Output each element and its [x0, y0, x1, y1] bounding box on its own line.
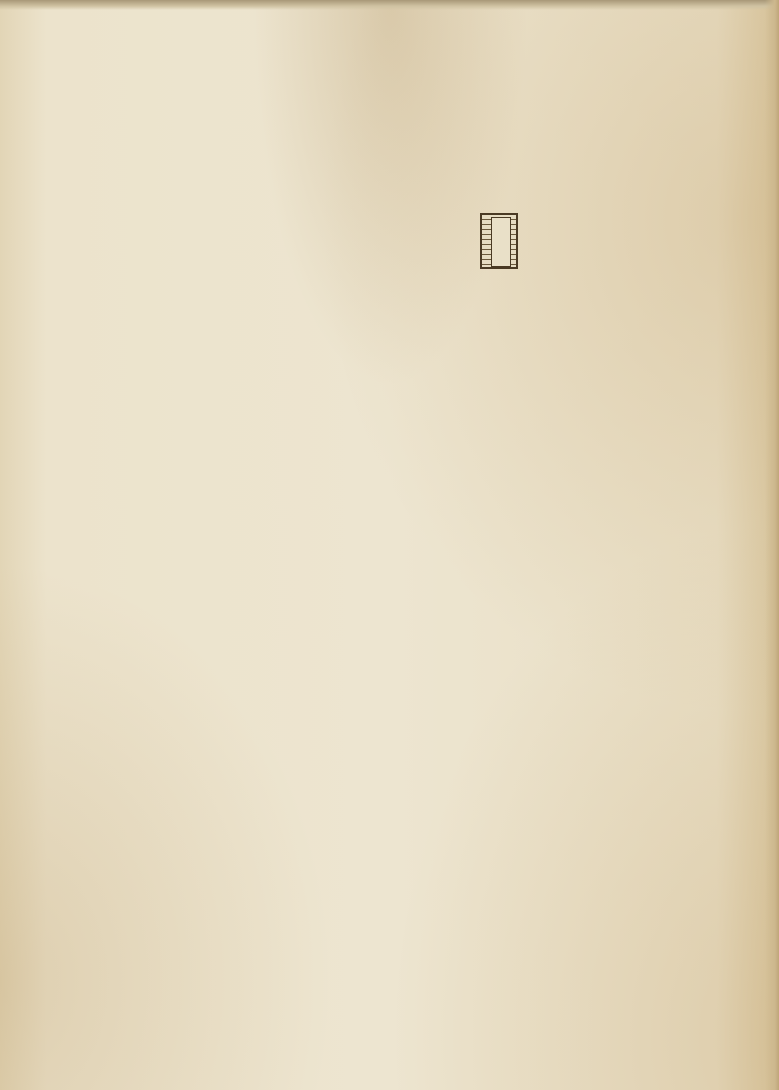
book-page [0, 0, 779, 1090]
page-top-edge [0, 0, 779, 10]
page-right-edge [765, 0, 779, 1090]
decorated-initial [480, 213, 518, 269]
